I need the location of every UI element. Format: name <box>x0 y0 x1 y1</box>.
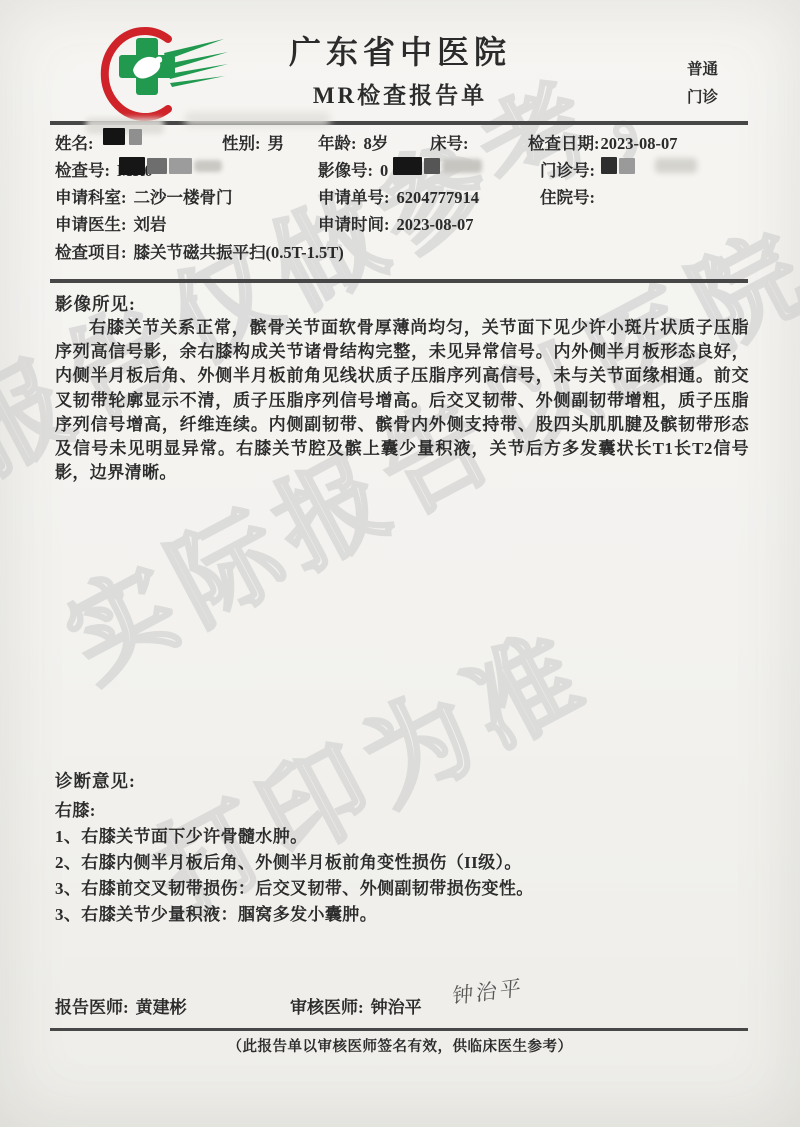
redaction-block <box>119 157 145 175</box>
visit-type-line1: 普通 <box>687 56 718 84</box>
req-doctor-value: 刘岩 <box>134 215 167 234</box>
redaction-block <box>147 158 167 174</box>
diagnosis-item: 2、右膝内侧半月板后角、外侧半月板前角变性损伤（II级）。 <box>55 848 522 873</box>
inpatient-no-label: 住院号: <box>540 188 595 207</box>
review-doctor-value: 钟治平 <box>371 998 422 1017</box>
inpatient-no-field: 住院号: <box>540 184 595 208</box>
reviewer-signature: 钟治平 <box>451 971 524 1010</box>
redaction-fade <box>442 159 482 173</box>
redaction-block <box>424 158 440 174</box>
diagnosis-side: 右膝: <box>55 796 96 821</box>
scan-smudge <box>185 112 330 127</box>
redaction-block <box>393 157 422 175</box>
diagnosis-item: 3、右膝前交叉韧带损伤：后交叉韧带、外侧副韧带损伤变性。 <box>55 874 534 899</box>
report-doctor-value: 黄建彬 <box>136 998 187 1017</box>
outpatient-no-field: 门诊号: <box>540 157 595 181</box>
diagnosis-item: 3、右膝关节少量积液：腘窝多发小囊肿。 <box>55 900 377 925</box>
dept-label: 申请科室: <box>55 188 127 207</box>
age-label: 年龄: <box>318 134 357 153</box>
bed-field: 床号: <box>430 130 469 154</box>
visit-type-line2: 门诊 <box>687 84 718 112</box>
request-time-value: 2023-08-07 <box>397 215 474 234</box>
redaction-block <box>103 128 125 145</box>
patient-name-label: 姓名: <box>55 134 94 153</box>
report-title: MR检查报告单 <box>0 77 800 110</box>
age-field: 年龄:8岁 <box>318 130 388 154</box>
hospital-name: 广东省中医院 <box>0 27 800 73</box>
exam-item-field: 检查项目:膝关节磁共振平扫(0.5T-1.5T) <box>55 239 344 263</box>
exam-no-label: 检查号: <box>55 161 110 180</box>
request-no-value: 6204777914 <box>397 188 480 207</box>
footer-divider <box>50 1028 748 1031</box>
report-doctor-label: 报告医师: <box>55 998 129 1017</box>
exam-item-value: 膝关节磁共振平扫(0.5T-1.5T) <box>134 243 344 262</box>
redaction-block <box>601 157 617 174</box>
bed-label: 床号: <box>430 134 469 153</box>
diagnosis-item: 1、右膝关节面下少许骨髓水肿。 <box>55 822 308 847</box>
redaction-fade <box>194 160 222 172</box>
report-doctor-field: 报告医师:黄建彬 <box>55 993 187 1018</box>
req-doctor-field: 申请医生:刘岩 <box>55 211 167 235</box>
footer-note: （此报告单以审核医师签名有效，供临床医生参考） <box>0 1035 800 1056</box>
exam-date-label: 检查日期: <box>528 134 600 153</box>
diagnosis-heading: 诊断意见: <box>55 768 136 793</box>
gender-field: 性别:男 <box>222 130 284 154</box>
exam-item-label: 检查项目: <box>55 243 127 262</box>
findings-paragraph: 右膝关节关系正常，髌骨关节面软骨厚薄尚均匀，关节面下见少许小斑片状质子压脂序列高… <box>55 316 749 485</box>
review-doctor-field: 审核医师:钟治平 <box>290 993 422 1018</box>
outpatient-no-label: 门诊号: <box>540 161 595 180</box>
findings-heading: 影像所见: <box>55 291 136 316</box>
review-doctor-label: 审核医师: <box>290 998 364 1017</box>
image-no-field: 影像号:0 <box>318 157 388 181</box>
request-no-field: 申请单号:6204777914 <box>318 184 479 208</box>
visit-type: 普通 门诊 <box>687 56 718 112</box>
image-no-label: 影像号: <box>318 161 373 180</box>
dept-value: 二沙一楼骨门 <box>134 188 233 207</box>
image-no-value: 0 <box>380 161 388 180</box>
exam-date-field: 检查日期:2023-08-07 <box>528 130 678 154</box>
request-no-label: 申请单号: <box>318 188 390 207</box>
request-time-field: 申请时间:2023-08-07 <box>318 211 474 235</box>
gender-value: 男 <box>268 134 285 153</box>
request-time-label: 申请时间: <box>318 215 390 234</box>
exam-date-value: 2023-08-07 <box>601 134 678 153</box>
redaction-block <box>169 158 192 174</box>
name-blur-smudge <box>86 118 164 134</box>
mr-report-page: 报告仅做参考， 实际报告以医院 打印为准 广东省中医院 MR检查报告单 普通 门… <box>0 0 800 1127</box>
req-doctor-label: 申请医生: <box>55 215 127 234</box>
section-divider <box>50 279 748 283</box>
dept-field: 申请科室:二沙一楼骨门 <box>55 184 233 208</box>
redaction-block <box>129 129 142 145</box>
gender-label: 性别: <box>222 134 261 153</box>
redaction-block <box>619 158 635 174</box>
redaction-fade <box>655 158 697 173</box>
age-value: 8岁 <box>364 134 389 153</box>
